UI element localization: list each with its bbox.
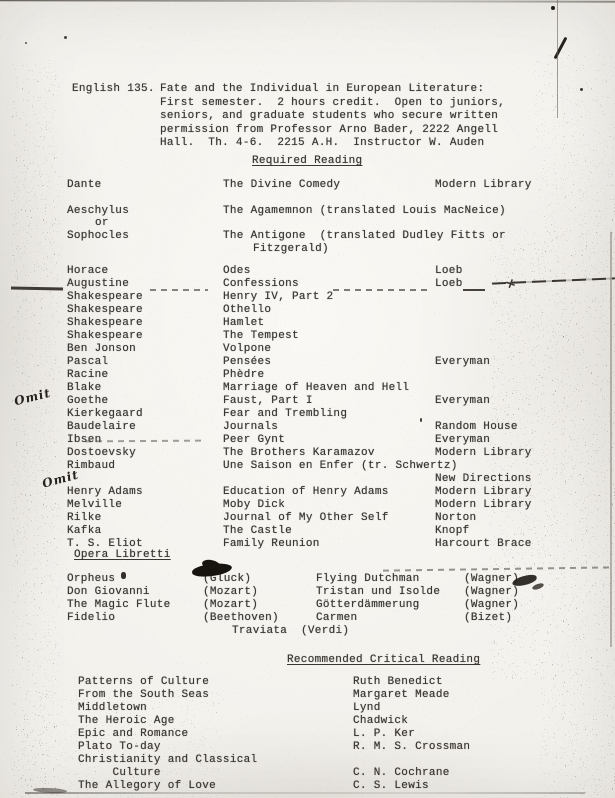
reading-row: Ben Jonson Volpone [67,343,532,356]
title-cell: Faust, Part I [223,395,435,408]
opera-composer-cell: (Beethoven) [203,612,279,625]
publisher-cell: Norton [435,512,476,525]
publisher-cell: Loeb [435,265,463,278]
critical-reading-row: Christianity and Classical [78,754,470,767]
author-cell: Lynd [353,702,381,715]
author-cell: Augustine [67,278,223,291]
title-cell: The Agamemnon (translated Louis MacNeice… [223,205,506,218]
reading-row: Rilke Journal of My Other Self Norton [67,512,532,525]
title-cell: Plato To-day [78,741,353,754]
title-cell: Epic and Romance [78,728,353,741]
publisher-cell: Knopf [435,525,470,538]
opera-composer-cell: (Bizet) [464,612,512,625]
reading-row: Shakespeare The Tempest [67,330,532,343]
reading-row: Horace Odes Loeb [67,265,532,278]
opera-row: Fidelio (Beethoven) [67,612,279,625]
author-cell: Henry Adams [67,486,223,499]
reading-row: Racine Phèdre [67,369,532,382]
title-cell: Henry IV, Part 2 [223,291,435,304]
author-cell: C. S. Lewis [353,780,429,793]
course-description: Fate and the Individual in European Lite… [160,83,505,151]
course-description-line: seniors, and graduate students who secur… [160,110,505,124]
author-cell: Sophocles [67,230,223,243]
author-cell: Goethe [67,395,223,408]
course-description-line: Fate and the Individual in European Lite… [160,83,505,97]
author-cell: Rilke [67,512,223,525]
author-cell: Ibsen [67,434,223,447]
required-reading-heading: Required Reading [252,155,362,168]
title-cell: Phèdre [223,369,435,382]
critical-reading-row: The Allegory of Love C. S. Lewis [78,780,470,793]
publisher-cell: Random House [435,421,518,434]
author-cell: Shakespeare [67,317,223,330]
title-cell: Hamlet [223,317,435,330]
title-cell: The Antigone (translated Dudley Fitts or [223,230,506,243]
author-cell: Shakespeare [67,304,223,317]
critical-reading-row: Plato To-day R. M. S. Crossman [78,741,470,754]
title-cell: Christianity and Classical [78,754,353,767]
publisher-cell: Modern Library [435,179,532,192]
reading-row: Baudelaire Journals Random House [67,421,532,434]
author-cell: Chadwick [353,715,408,728]
reading-row: Augustine Confessions Loeb [67,278,532,291]
recommended-reading-heading: Recommended Critical Reading [287,654,480,667]
author-cell: Dante [67,179,223,192]
title-cell: Volpone [223,343,435,356]
publisher-cell: Modern Library [435,447,532,460]
title-cell: The Heroic Age [78,715,353,728]
opera-row: Don Giovanni (Mozart) [67,586,279,599]
opera-composer-cell: (Gluck) [203,573,251,586]
critical-reading-row: The Heroic Age Chadwick [78,715,470,728]
reading-row: Kierkegaard Fear and Trembling [67,408,532,421]
reading-row: Shakespeare Hamlet [67,317,532,330]
author-cell: Baudelaire [67,421,223,434]
opera-composer-cell: (Mozart) [203,599,258,612]
opera-composer-cell: (Mozart) [203,586,258,599]
title-cell: Odes [223,265,435,278]
title-cell: Education of Henry Adams [223,486,435,499]
title-cell: Othello [223,304,435,317]
author-cell: Horace [67,265,223,278]
author-cell: L. P. Ker [353,728,415,741]
title-cell: Family Reunion [223,538,435,551]
opera-composer-cell: (Wagner) [464,599,519,612]
recommended-reading-list: Patterns of Culture Ruth Benedict From t… [78,676,470,793]
scanned-syllabus-page: English 135. Fate and the Individual in … [0,0,615,798]
opera-title-cell: The Magic Flute [67,599,203,612]
reading-row-dante: Dante The Divine Comedy Modern Library [67,179,532,192]
author-cell: Dostoevsky [67,447,223,460]
conjunction-or: or [95,217,109,230]
reading-row: Rimbaud Une Saison en Enfer (tr. Schwert… [67,460,532,473]
reading-row: Kafka The Castle Knopf [67,525,532,538]
author-cell: Pascal [67,356,223,369]
opera-title-cell: Traviata [232,625,301,638]
reading-row: Melville Moby Dick Modern Library [67,499,532,512]
reading-row: Shakespeare Henry IV, Part 2 [67,291,532,304]
title-cell: Confessions [223,278,435,291]
author-cell: Aeschylus [67,205,223,218]
author-cell: Shakespeare [67,330,223,343]
opera-row: Tristan und Isolde (Wagner) [316,586,519,599]
title-cell: The Tempest [223,330,435,343]
title-cell [223,473,435,486]
publisher-cell: Everyman [435,356,490,369]
author-cell: Ruth Benedict [353,676,443,689]
course-description-line: Hall. Th. 4-6. 2215 A.H. Instructor W. A… [160,137,505,151]
title-continuation: Fitzgerald) [253,243,329,256]
reading-row: New Directions [67,473,532,486]
publisher-cell: Everyman [435,434,490,447]
title-cell: Pensées [223,356,435,369]
author-cell [67,473,223,486]
author-cell: Kierkegaard [67,408,223,421]
opera-row: Orpheus (Gluck) [67,573,279,586]
title-cell: The Divine Comedy [223,179,435,192]
title-cell: From the South Seas [78,689,353,702]
title-cell: Middletown [78,702,353,715]
opera-title-cell: Flying Dutchman [316,573,464,586]
author-cell: Rimbaud [67,460,223,473]
reading-row: Dostoevsky The Brothers Karamazov Modern… [67,447,532,460]
publisher-cell: Modern Library [435,486,532,499]
required-reading-list: Horace Odes Loeb Augustine Confessions L… [67,265,532,551]
title-cell: Marriage of Heaven and Hell [223,382,435,395]
title-cell: Journals [223,421,435,434]
opera-title-cell: Fidelio [67,612,203,625]
author-cell: Blake [67,382,223,395]
course-description-line: First semester. 2 hours credit. Open to … [160,97,505,111]
publisher-cell: Modern Library [435,499,532,512]
opera-title-cell: Götterdämmerung [316,599,464,612]
author-cell: Margaret Meade [353,689,450,702]
title-cell: Une Saison en Enfer (tr. Schwertz) [223,460,435,473]
publisher-cell: New Directions [435,473,532,486]
publisher-cell: Everyman [435,395,490,408]
opera-title-cell: Carmen [316,612,464,625]
title-cell: The Allegory of Love [78,780,353,793]
reading-row: Shakespeare Othello [67,304,532,317]
critical-reading-row: Culture C. N. Cochrane [78,767,470,780]
author-cell: R. M. S. Crossman [353,741,470,754]
author-cell: Shakespeare [67,291,223,304]
author-cell: Racine [67,369,223,382]
critical-reading-row: Epic and Romance L. P. Ker [78,728,470,741]
critical-reading-row: Patterns of Culture Ruth Benedict [78,676,470,689]
author-cell: Kafka [67,525,223,538]
reading-row: Henry Adams Education of Henry Adams Mod… [67,486,532,499]
opera-row: The Magic Flute (Mozart) [67,599,279,612]
title-cell: Moby Dick [223,499,435,512]
opera-row-traviata: Traviata (Verdi) [232,625,349,638]
opera-title-cell: Don Giovanni [67,586,203,599]
opera-title-cell: Orpheus [67,573,203,586]
author-cell: C. N. Cochrane [353,767,450,780]
title-cell: Peer Gynt [223,434,435,447]
opera-libretti-heading: Opera Libretti [74,549,171,562]
opera-row: Flying Dutchman (Wagner) [316,573,519,586]
course-description-line: permission from Professor Arno Bader, 22… [160,124,505,138]
reading-row-aeschylus: Aeschylus The Agamemnon (translated Loui… [67,205,506,218]
publisher-cell: Harcourt Brace [435,538,532,551]
opera-row: Carmen (Bizet) [316,612,519,625]
reading-row-sophocles: Sophocles The Antigone (translated Dudle… [67,230,506,243]
title-cell: Fear and Trembling [223,408,435,421]
title-cell: Culture [78,767,353,780]
title-cell: The Castle [223,525,435,538]
title-cell: The Brothers Karamazov [223,447,435,460]
publisher-cell: Loeb [435,278,463,291]
reading-row: Ibsen Peer Gynt Everyman [67,434,532,447]
opera-row: Götterdämmerung (Wagner) [316,599,519,612]
author-cell: Ben Jonson [67,343,223,356]
title-cell: Journal of My Other Self [223,512,435,525]
opera-composer-cell: (Verdi) [301,625,349,638]
critical-reading-row: From the South Seas Margaret Meade [78,689,470,702]
reading-row: Pascal Pensées Everyman [67,356,532,369]
opera-right-column: Flying Dutchman (Wagner) Tristan und Iso… [316,573,519,625]
reading-row: Goethe Faust, Part I Everyman [67,395,532,408]
course-number: English 135. [72,83,155,96]
opera-composer-cell: (Wagner) [464,573,519,586]
opera-left-column: Orpheus (Gluck) Don Giovanni (Mozart) Th… [67,573,279,625]
author-cell: Melville [67,499,223,512]
reading-row: Blake Marriage of Heaven and Hell [67,382,532,395]
opera-composer-cell: (Wagner) [464,586,519,599]
critical-reading-row: Middletown Lynd [78,702,470,715]
title-cell: Patterns of Culture [78,676,353,689]
opera-title-cell: Tristan und Isolde [316,586,464,599]
